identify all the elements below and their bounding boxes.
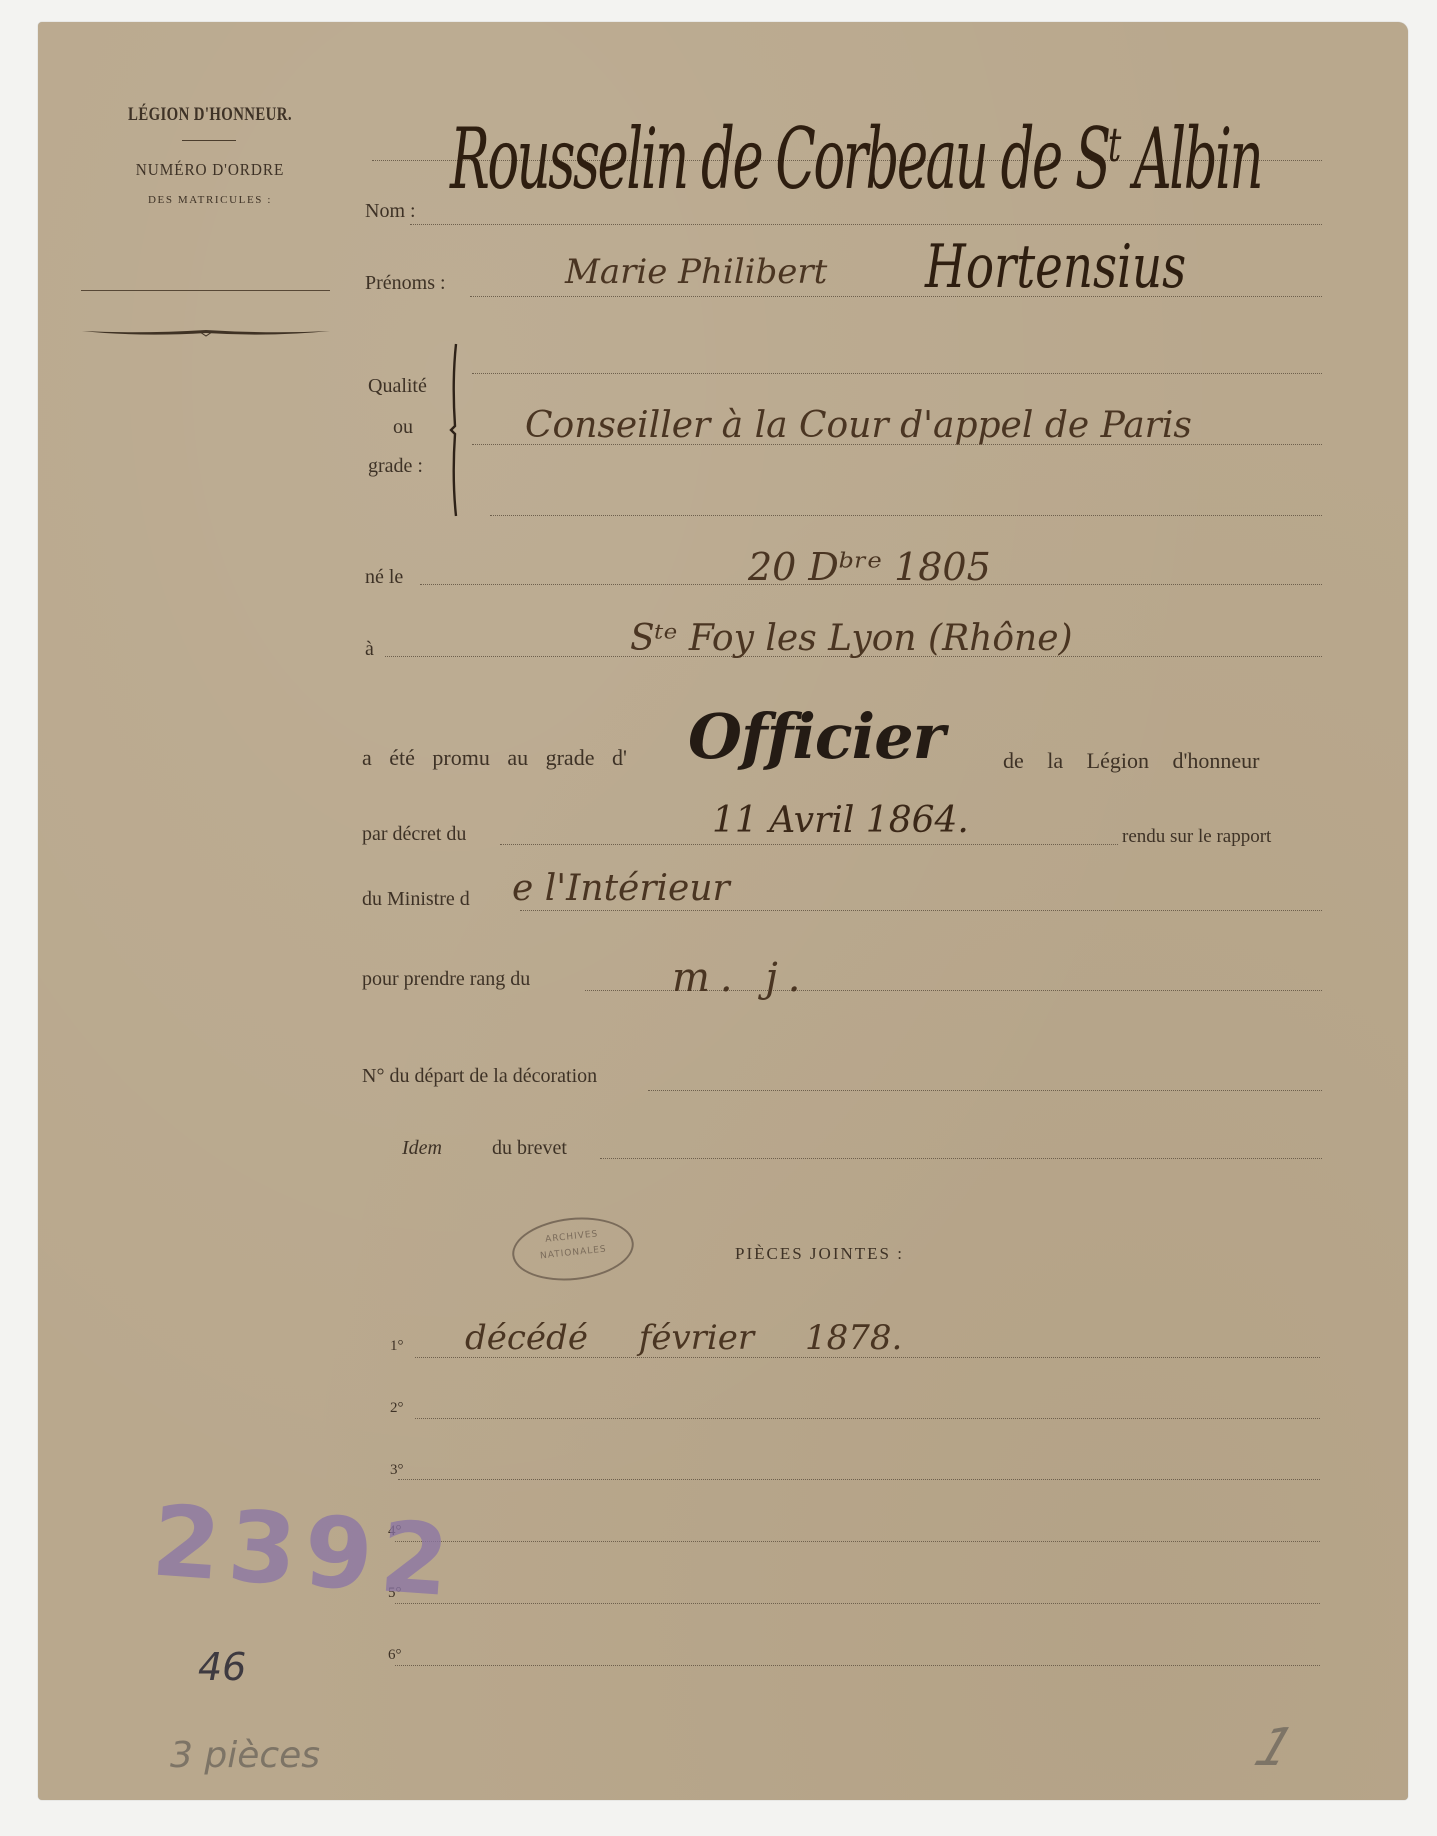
ornament-divider-icon bbox=[80, 325, 332, 341]
piece-line-4 bbox=[395, 1541, 1320, 1542]
piece-num-3: 3° bbox=[390, 1462, 404, 1479]
decret-label: par décret du bbox=[362, 823, 466, 846]
piece-line-5 bbox=[395, 1603, 1320, 1604]
qualite-label-2: ou bbox=[393, 416, 413, 439]
ne-le-value: 20 Dᵇʳᵉ 1805 bbox=[748, 545, 991, 589]
pieces-jointes-title: PIÈCES JOINTES : bbox=[735, 1244, 904, 1264]
prenoms-label: Prénoms : bbox=[365, 272, 446, 295]
decret-suffix: rendu sur le rapport bbox=[1122, 826, 1271, 848]
des-matricules-label: DES MATRICULES : bbox=[90, 194, 330, 206]
matricule-number-rule bbox=[81, 290, 330, 291]
numero-ordre-label: NUMÉRO D'ORDRE bbox=[102, 160, 318, 180]
brevet-idem-label: Idem bbox=[402, 1137, 442, 1160]
piece-line-2 bbox=[415, 1418, 1320, 1419]
dossier-number-stamp: 2392 bbox=[148, 1485, 460, 1620]
qualite-line-1 bbox=[472, 373, 1322, 374]
prenoms-value-main: Hortensius bbox=[925, 232, 1186, 302]
sub-number-annotation: 46 bbox=[198, 1645, 246, 1689]
promotion-suffix: de la Légion d'honneur bbox=[1003, 748, 1260, 774]
pieces-count-annotation: 3 pièces bbox=[170, 1735, 320, 1776]
ministre-value: e l'Intérieur bbox=[512, 868, 730, 909]
piece-num-1: 1° bbox=[390, 1338, 404, 1355]
ne-le-label: né le bbox=[365, 566, 403, 589]
ministre-label: du Ministre d bbox=[362, 888, 470, 911]
qualite-line-3 bbox=[490, 515, 1322, 516]
rang-label: pour prendre rang du bbox=[362, 968, 530, 991]
nom-label: Nom : bbox=[365, 200, 416, 223]
piece-line-6 bbox=[395, 1665, 1320, 1666]
qualite-label-1: Qualité bbox=[368, 375, 427, 398]
piece-line-3 bbox=[398, 1479, 1320, 1480]
depart-line bbox=[648, 1090, 1322, 1091]
depart-label: N° du départ de la décoration bbox=[362, 1065, 597, 1088]
grade-officier: Officier bbox=[688, 700, 944, 773]
brevet-line bbox=[600, 1158, 1322, 1159]
piece-num-2: 2° bbox=[390, 1400, 404, 1417]
brevet-label: du brevet bbox=[492, 1137, 567, 1160]
header-title: LÉGION D'HONNEUR. bbox=[116, 104, 303, 126]
decret-value: 11 Avril 1864. bbox=[712, 800, 969, 841]
qualite-brace-icon bbox=[448, 342, 464, 518]
qualite-value: Conseiller à la Cour d'appel de Paris bbox=[525, 405, 1192, 446]
prenoms-value-first: Marie Philibert bbox=[565, 252, 827, 292]
lieu-label: à bbox=[365, 638, 374, 661]
header-short-rule bbox=[182, 140, 236, 141]
nom-value: Rousselin de Corbeau de Sᵗ Albin bbox=[450, 110, 1261, 208]
ministre-line bbox=[520, 910, 1322, 911]
qualite-label-3: grade : bbox=[368, 455, 423, 478]
promotion-prefix: a été promu au grade d' bbox=[362, 745, 627, 771]
piece-value-1: décédé février 1878. bbox=[465, 1318, 902, 1358]
lieu-value: Sᵗᵉ Foy les Lyon (Rhône) bbox=[630, 618, 1073, 659]
rang-value: m. j. bbox=[672, 955, 810, 1001]
decret-line bbox=[500, 844, 1118, 845]
piece-num-6: 6° bbox=[388, 1647, 402, 1664]
nom-baseline bbox=[410, 224, 1322, 225]
prenoms-line bbox=[470, 296, 1322, 297]
